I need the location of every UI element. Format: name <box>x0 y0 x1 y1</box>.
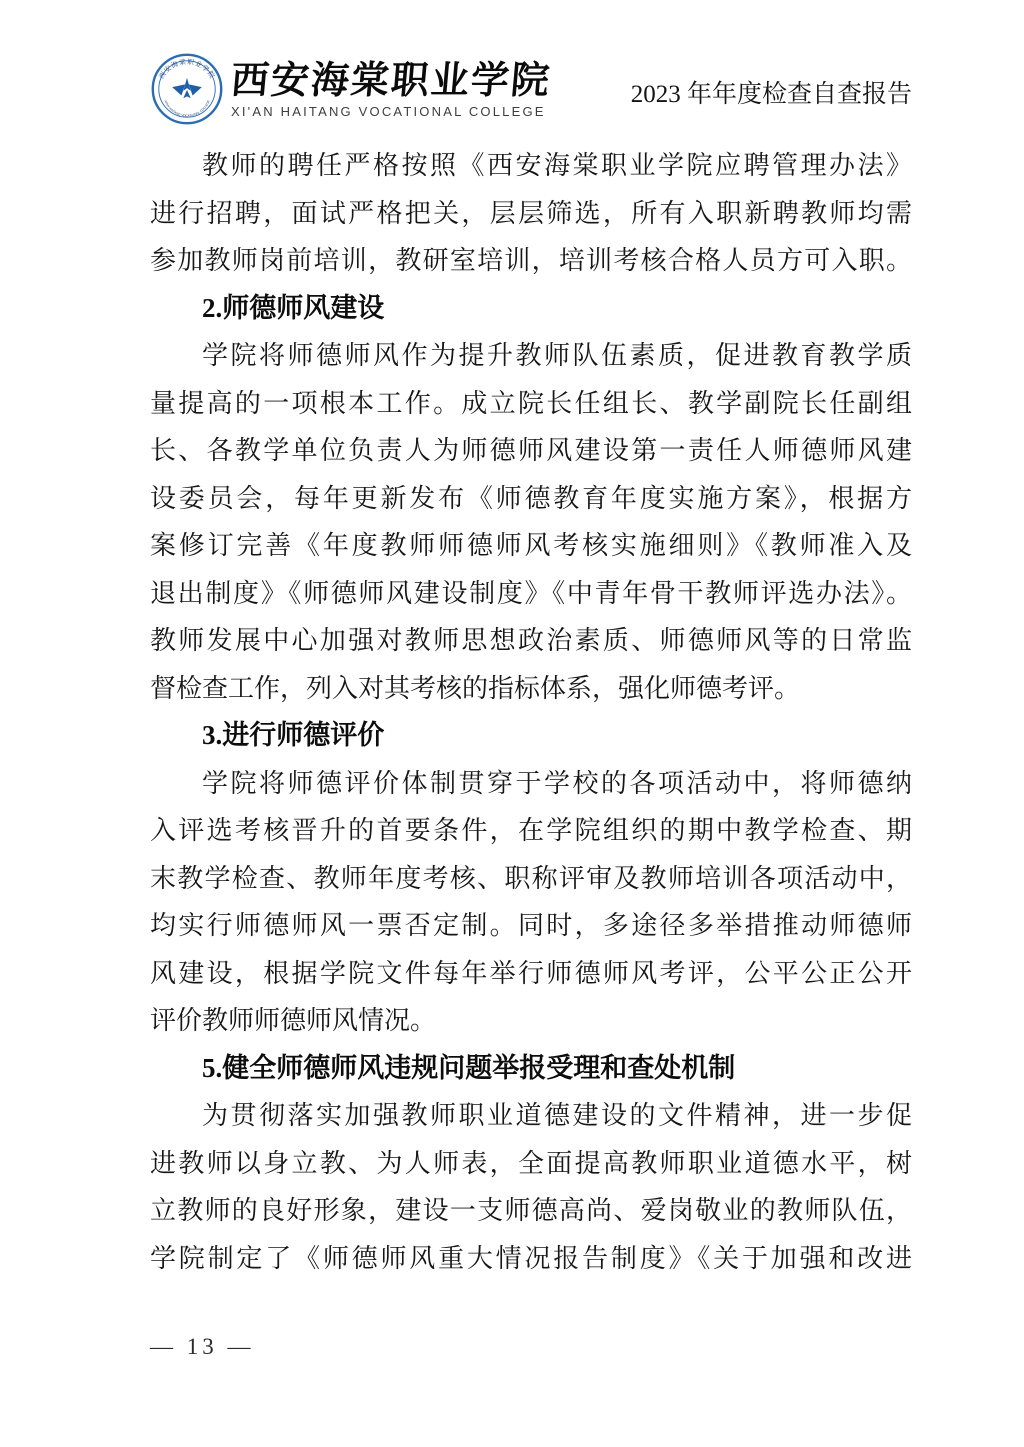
page-number: — 13 — <box>150 1334 255 1359</box>
text-line: 设委员会，每年更新发布《师德教育年度实施方案》，根据方 <box>150 475 912 523</box>
text-line: 立教师的良好形象，建设一支师德高尚、爱岗敬业的教师队伍， <box>150 1187 912 1235</box>
text-line: 量提高的一项根本工作。成立院长任组长、教学副院长任副组 <box>150 380 912 428</box>
page-header: 西安海棠职业学院 XI'AN HAITANG VOCATIONAL COLLEG… <box>150 52 912 126</box>
text-line: 进行招聘，面试严格把关，层层筛选，所有入职新聘教师均需 <box>150 190 912 238</box>
text-line: 入评选考核晋升的首要条件，在学院组织的期中教学检查、期 <box>150 807 912 855</box>
text-line: 学院制定了《师德师风重大情况报告制度》《关于加强和改进 <box>150 1235 912 1283</box>
section-heading: 2.师德师风建设 <box>150 285 912 333</box>
college-brand: 西安海棠职业学院 XI'AN HAITANG VOCATIONAL COLLEG… <box>150 52 551 126</box>
text-line: 为贯彻落实加强教师职业道德建设的文件精神，进一步促 <box>150 1092 912 1140</box>
text-line: 均实行师德师风一票否定制。同时，多途径多举措推动师德师 <box>150 902 912 950</box>
report-title: 2023 年年度检查自查报告 <box>631 74 912 110</box>
text-line: 教师的聘任严格按照《西安海棠职业学院应聘管理办法》 <box>150 142 912 190</box>
section-heading: 3.进行师德评价 <box>150 712 912 760</box>
text-line: 参加教师岗前培训，教研室培训，培训考核合格人员方可入职。 <box>150 237 912 285</box>
text-line: 案修订完善《年度教师师德师风考核实施细则》《教师准入及 <box>150 522 912 570</box>
text-line: 长、各教学单位负责人为师德师风建设第一责任人师德师风建 <box>150 427 912 475</box>
text-line: 学院将师德评价体制贯穿于学校的各项活动中，将师德纳 <box>150 760 912 808</box>
text-line: 学院将师德师风作为提升教师队伍素质，促进教育教学质 <box>150 332 912 380</box>
document-page: 西安海棠职业学院 XI'AN HAITANG VOCATIONAL COLLEG… <box>0 0 1024 1447</box>
text-line: 督检查工作，列入对其考核的指标体系，强化师德考评。 <box>150 665 912 713</box>
text-line: 评价教师师德师风情况。 <box>150 997 912 1045</box>
section-heading: 5.健全师德师风违规问题举报受理和查处机制 <box>150 1045 912 1093</box>
college-name-block: 西安海棠职业学院 XI'AN HAITANG VOCATIONAL COLLEG… <box>231 59 551 119</box>
text-line: 退出制度》《师德师风建设制度》《中青年骨干教师评选办法》。 <box>150 570 912 618</box>
document-body: 教师的聘任严格按照《西安海棠职业学院应聘管理办法》进行招聘，面试严格把关，层层筛… <box>150 142 912 1282</box>
college-name-chinese: 西安海棠职业学院 <box>229 59 553 101</box>
page-footer: — 13 — <box>150 1334 255 1360</box>
text-line: 末教学检查、教师年度考核、职称评审及教师培训各项活动中， <box>150 855 912 903</box>
text-line: 风建设，根据学院文件每年举行师德师风考评，公平公正公开 <box>150 950 912 998</box>
text-line: 教师发展中心加强对教师思想政治素质、师德师风等的日常监 <box>150 617 912 665</box>
college-name-english: XI'AN HAITANG VOCATIONAL COLLEGE <box>231 104 551 119</box>
text-line: 进教师以身立教、为人师表，全面提高教师职业道德水平，树 <box>150 1140 912 1188</box>
college-seal-icon: 西安海棠职业学院 XI'AN HAITANG VOCATIONAL COLLEG… <box>150 52 224 126</box>
